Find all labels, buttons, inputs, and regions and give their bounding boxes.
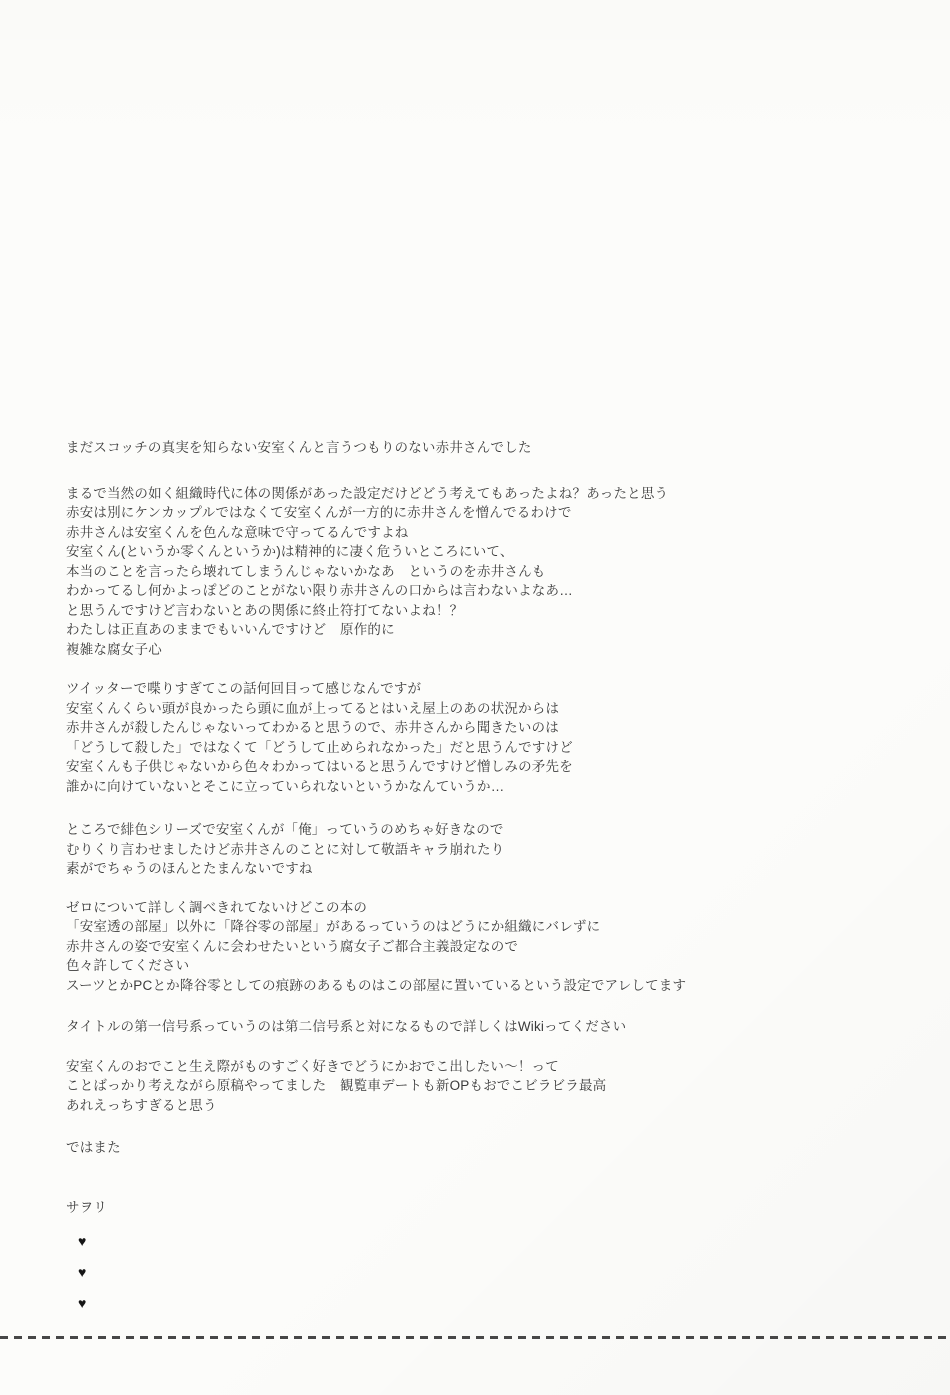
- paragraph: まだスコッチの真実を知らない安室くんと言うつもりのない赤井さんでした: [66, 438, 916, 458]
- text-line: 安室くんのおでこと生え際がものすごく好きでどうにかおでこ出したい〜！って: [66, 1057, 916, 1077]
- heart-icon: ♥: [78, 1257, 86, 1288]
- paragraph: ところで緋色シリーズで安室くんが「俺」っていうのめちゃ好きなのでむりくり言わせま…: [66, 820, 916, 879]
- paragraph: まるで当然の如く組織時代に体の関係があった設定だけどどう考えてもあったよね？あっ…: [66, 484, 916, 660]
- text-line: むりくり言わせましたけど赤井さんのことに対して敬語キャラ崩れたり: [66, 840, 916, 860]
- text-line: 安室くんも子供じゃないから色々わかってはいると思うんですけど憎しみの矛先を: [66, 757, 916, 777]
- text-line: 本当のことを言ったら壊れてしまうんじゃないかなあ というのを赤井さんも: [66, 562, 916, 582]
- text-line: ところで緋色シリーズで安室くんが「俺」っていうのめちゃ好きなので: [66, 820, 916, 840]
- heart-icon: ♥: [78, 1288, 86, 1319]
- dashed-divider: [0, 1336, 950, 1339]
- paragraph: タイトルの第一信号系っていうのは第二信号系と対になるもので詳しくはWikiってく…: [66, 1017, 916, 1037]
- text-line: 「安室透の部屋」以外に「降谷零の部屋」があるっていうのはどうにか組織にバレずに: [66, 917, 916, 937]
- text-line: わかってるし何かよっぽどのことがない限り赤井さんの口からは言わないよなあ…: [66, 581, 916, 601]
- text-line: 赤井さんの姿で安室くんに会わせたいという腐女子ご都合主義設定なので: [66, 937, 916, 957]
- text-line: まるで当然の如く組織時代に体の関係があった設定だけどどう考えてもあったよね？あっ…: [66, 484, 916, 504]
- text-line: 赤井さんは安室くんを色んな意味で守ってるんですよね: [66, 523, 916, 543]
- text-line: 赤安は別にケンカップルではなくて安室くんが一方的に赤井さんを憎んでるわけで: [66, 503, 916, 523]
- text-line: 誰かに向けていないとそこに立っていられないというかなんていうか…: [66, 777, 916, 797]
- text-line: ゼロについて詳しく調べきれてないけどこの本の: [66, 898, 916, 918]
- text-line: 安室くんくらい頭が良かったら頭に血が上ってるとはいえ屋上のあの状況からは: [66, 699, 916, 719]
- text-line: 色々許してください: [66, 956, 916, 976]
- text-line: ではまた: [66, 1138, 916, 1158]
- text-line: サヲリ: [66, 1198, 916, 1218]
- text-line: 安室くん(というか零くんというか)は精神的に凄く危ういところにいて、: [66, 542, 916, 562]
- paragraph: 安室くんのおでこと生え際がものすごく好きでどうにかおでこ出したい〜！ってことばっ…: [66, 1057, 916, 1116]
- paragraph: ゼロについて詳しく調べきれてないけどこの本の「安室透の部屋」以外に「降谷零の部屋…: [66, 898, 916, 996]
- scanned-afterword-page: { "page": { "colors": { "text": "#3a3a3a…: [0, 0, 950, 1395]
- text-line: 赤井さんが殺したんじゃないってわかると思うので、赤井さんから聞きたいのは: [66, 718, 916, 738]
- text-line: わたしは正直あのままでもいいんですけど 原作的に: [66, 620, 916, 640]
- text-line: まだスコッチの真実を知らない安室くんと言うつもりのない赤井さんでした: [66, 438, 916, 458]
- paragraph: サヲリ: [66, 1198, 916, 1218]
- text-line: 複雑な腐女子心: [66, 640, 916, 660]
- text-line: ツイッターで喋りすぎてこの話何回目って感じなんですが: [66, 679, 916, 699]
- heart-icon: ♥: [78, 1226, 86, 1257]
- text-line: タイトルの第一信号系っていうのは第二信号系と対になるもので詳しくはWikiってく…: [66, 1017, 916, 1037]
- text-line: 素がでちゃうのほんとたまんないですね: [66, 859, 916, 879]
- text-line: と思うんですけど言わないとあの関係に終止符打てないよね！？: [66, 601, 916, 621]
- paragraph: ツイッターで喋りすぎてこの話何回目って感じなんですが安室くんくらい頭が良かったら…: [66, 679, 916, 796]
- text-line: あれえっちすぎると思う: [66, 1096, 916, 1116]
- text-line: ことばっかり考えながら原稿やってました 観覧車デートも新OPもおでこビラビラ最高: [66, 1076, 916, 1096]
- afterword-text-block: まだスコッチの真実を知らない安室くんと言うつもりのない赤井さんでしたまるで当然の…: [66, 438, 916, 1237]
- text-line: スーツとかPCとか降谷零としての痕跡のあるものはこの部屋に置いているという設定で…: [66, 976, 916, 996]
- hearts-column: ♥♥♥: [78, 1226, 86, 1319]
- text-line: 「どうして殺した」ではなくて「どうして止められなかった」だと思うんですけど: [66, 738, 916, 758]
- paragraph: ではまた: [66, 1138, 916, 1158]
